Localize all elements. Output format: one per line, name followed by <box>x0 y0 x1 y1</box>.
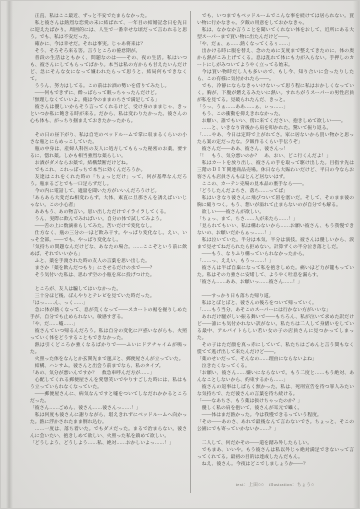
paragraph: 「お願い、彼さん……嫌いにならないで。もう二度と……もう絶対、あんなことしないか… <box>197 370 354 384</box>
paragraph: 私はカートを放り出し、彼さんの手を取って駆け出した。目指す先は三階のＤＩＹ関連商… <box>197 160 354 181</box>
page-gutter-shadow <box>6 1 13 508</box>
paragraph: 彼さんの返事はしばらく無かった。私は、死刑宣告を待つ罪人みたいな気持ちで、ただ彼… <box>197 384 354 398</box>
text-column-right: でも、いつまでもベッドルームでこんな事を続けては居られない。買い物に行かなきゃ。… <box>197 13 354 481</box>
credit-line: text：上田○○ illustration：ちょう○ <box>197 482 353 488</box>
paragraph: 彼さんだ――ああ、彼さん、彼さんっ！ <box>197 146 354 153</box>
paragraph: ねえ、彼さん。今夜はどこでしましょうか――？ <box>197 461 354 468</box>
paragraph: 「……もう当分、あそこのスーパーには行かない方がいいな」 <box>197 307 354 314</box>
paragraph: 私と彼さんは熱烈な恋愛の末に結ばれて、一年目の結婚記念日を先日に迎えたばかり。周… <box>30 20 187 41</box>
paragraph: 「無理しなくていいよ。俺は今のままのちさで満足してる」 <box>30 97 187 104</box>
paragraph: 「彼さん……ごめん、彼さん……彼さんっ……！」 <box>30 405 187 412</box>
paragraph: でも、冷静にならなきゃいけないって思う程に私はおかしくなっていく。胸が、下腹が燃… <box>197 83 354 104</box>
paragraph: 「！ もう、気分悪いのか？ あ、おい、どこ行くんだよ！」 <box>197 153 354 160</box>
paragraph: 「や、だぁ、ぁ……熱くなってくるぅ……」 <box>197 41 354 48</box>
paragraph: ……と、いきなり背後から肩を叩かれた。驚いて振り返る。 <box>197 125 354 132</box>
paragraph: 確かに、今は幸せだ。それは事実。じゃあ将来は？ <box>30 41 187 48</box>
paragraph: ――舌の上に数滴垂らしてみた。苦いだけで変化なし。 <box>30 223 187 230</box>
paragraph: 仕方なく、瓶の三分の一ほど飲み干す。やっぱり変化なし。えい、いっそ全部。――でも… <box>30 230 187 244</box>
paragraph: 彼さんは半ば自棄になって私を抱きしめた。痛いほど力が籠もっていた。私はその力強さ… <box>197 265 354 279</box>
paragraph <box>197 286 354 293</box>
paragraph: でもこれ、これっぽっちで本当に効くんだろうか。 <box>30 167 187 174</box>
paragraph: もう、この衝動を抑えきれなかった。 <box>197 111 354 118</box>
paragraph: でも、いつまでもベッドルームでこんな事を続けては居られない。買い物に行かなきゃ。… <box>197 13 354 27</box>
paragraph: 心配してくれる郵便屋さんを愛想笑いでやりすごした時には、私はもう立っていられなく… <box>30 377 187 391</box>
paragraph: ――すっかり日も落ちた帰り道。 <box>197 293 354 300</box>
paragraph: 私は何度も彼さんに謝りながら、堪えきれずにベッドルームへ向かった。熱に浮かされた… <box>30 412 187 426</box>
paragraph: 今の内に電話して、適量を聞いた方がいいんだろうけど。 <box>30 188 187 195</box>
paragraph: 「……やあ、今日は定時で上がれてさ。家に居ないから買い物かと思ったら案の定だった… <box>197 132 354 146</box>
paragraph <box>30 125 187 132</box>
paragraph: 「……っ、ええい、もうっ……！」 <box>197 258 354 265</box>
paragraph: 私はいきなり彼さんに飛びついて唇を塞いだ。そして、そのまま彼の胸に縋りつく。もう… <box>197 195 354 209</box>
paragraph: ――もう、なりふり構っていられなかったから。 <box>197 251 354 258</box>
paragraph: 欲しい――彼さんが欲しい。 <box>197 209 354 216</box>
text-column-left: 正直、私はここ最近、ずっと不安でたまらなかった。私と彼さんは熱烈な恋愛の末に結ば… <box>30 13 187 481</box>
paragraph: 私は、なかなか言うことを聞いてくれない体をおして、近所にある大型スーパーまで買い… <box>197 27 354 41</box>
paragraph: 「うっ、うぁ……ああ……ぁ、ぃっ……」 <box>197 104 354 111</box>
paragraph: 熱は引くどころか強くなるばかりで――ふいにドアチャイムが鳴った。 <box>30 342 187 356</box>
paragraph: まさか「薬を飲んだつもり」にさせるだけの水で――？ <box>30 265 187 272</box>
paragraph: 二人して、何だかその――道を踏み外したらしい。 <box>197 440 354 447</box>
paragraph: 私は泣いていた。半分は本気、半分は演技。彼さんは優しいから、涙まで見せてねだられ… <box>197 237 354 251</box>
paragraph: 「見られてもいい、私は構わないから……お願い彼さん、もう我慢できないの、お願いだ… <box>197 223 354 237</box>
paragraph: 瓶の中身は、産婦人科医の友人に処方してもらった秘密のお薬。要するに、惚れ薬。しか… <box>30 146 187 160</box>
paragraph: 「――なあちさ、もう薬は抜けちゃったのか？」 <box>197 398 354 405</box>
paragraph: 彼さんは優しいからそう言ってくれるけど、受け身のままじゃ、きっといつか私に飽きる… <box>30 104 187 125</box>
paragraph: 急に体が熱くなって、息が荒くなって――スカートの裾を握りしめた手が、自分でも止め… <box>30 307 187 321</box>
paragraph: うん、実際に飲んでみればいい。自分の体で試してみよう。 <box>30 216 187 223</box>
paragraph: お願い、誰でもいい、傍に来てください、抱きしめて欲しい――。 <box>197 118 354 125</box>
paragraph: 「彼さん……ああ、お願いっ……彼さん……！」 <box>197 279 354 286</box>
paragraph: 私はとぼとぼと、彼さんの後ろをついて帰っていく。 <box>197 300 354 307</box>
paragraph: 「どうしたんだよちさ、落ち……ってば」 <box>197 188 354 195</box>
paragraph: 「気持ちの問題なんだけどな、あなたの場合。……ここぞという前に飲めば、それでいい… <box>30 244 187 258</box>
paragraph: あれだけ騒がしい振る舞いで――もちろん、私が泣いて求めた訳だけど――誰にも気付か… <box>197 314 354 342</box>
paragraph: 「ちょっ、まて、ちさ……人が来たら……！」 <box>197 216 354 223</box>
paragraph: そう気付いた私は、思わず空の小瓶を床に投げつけた。 <box>30 272 187 279</box>
paragraph: 結構、ハンサム。彼さんと出会う前までなら、私のタイプ。 <box>30 363 187 370</box>
paragraph: 「どうしよう、どうしよう……私、絶対……おかしいよっ……！」 <box>30 440 187 447</box>
paragraph: ううん、努力はしてる。この前はお酒の勢いを借りてみたし。 <box>30 83 187 90</box>
paragraph: そう、そろそろ来る筈。言うところの倦怠期が。 <box>30 48 187 55</box>
paragraph: 「薬のせいだって、そんなの……理由にならないよね」 <box>197 356 354 363</box>
paragraph: 彼さんていつ帰るんだろう。私は自分の変化に戸惑いながらも、火照っていく体をどうす… <box>30 328 187 342</box>
paragraph: 今は買い物時だし人も多いので、もし今、知り合いに会ったりしたら、この有様に気付か… <box>197 69 354 83</box>
paragraph: ――郵便屋さんに、病気なんですと嘘をついてしなだれかかるところだった。 <box>30 391 187 405</box>
paragraph <box>197 433 354 440</box>
paragraph: 「はっ……ん、っく……」 <box>30 300 187 307</box>
paragraph: 三十分ほど後、ぼんやりとテレビを見ていた時だった。 <box>30 293 187 300</box>
paragraph: ああもう、あの物言い。思い出しただけでイライラしてくる。 <box>30 209 187 216</box>
paragraph: ――体はまだ熱かった。今は我慢できるっていう程度。 <box>197 412 354 419</box>
paragraph: 正直、私はここ最近、ずっと不安でたまらなかった。 <box>30 13 187 20</box>
paragraph: 友達はこれをくれた時の「ちょっとだけ」って、何が基準なんだろう。瓶まるごとでも一… <box>30 174 187 188</box>
paragraph: ……一度は、落ち着いた。でもダメだった。まるで治まらない。彼さんに会いたい、抱き… <box>30 426 187 440</box>
scanned-page: 正直、私はここ最近、ずっと不安でたまらなかった。私と彼さんは熱烈な恋愛の末に結ば… <box>0 0 360 509</box>
column-divider <box>190 11 191 493</box>
paragraph: その子はただ顔を真っ赤にしていて、私たちはごめんと言う間もなく慌てて逃げ出して来… <box>197 342 354 356</box>
paragraph: 「や、だ……嘘……」 <box>30 321 187 328</box>
paragraph: 普段の生活はともかく、問題なのは――その、夜の生活。私はいつも、彼さんにしてもら… <box>30 55 187 83</box>
paragraph <box>30 279 187 286</box>
paragraph: 火照った体をなんとか玄関先まで運ぶと、郵便屋さんが立っていた。 <box>30 356 187 363</box>
paragraph: ところが、友人は騙してはいなかった。 <box>30 286 187 293</box>
paragraph: その日の昼下がり、私は自宅のベッドルームで掌に収まるくらいの小さな瓶とにらめっこ… <box>30 132 187 146</box>
paragraph: 優しく私の肩を抱いて、彼さんが耳元で囁く。 <box>197 405 354 412</box>
paragraph: 泣きたくなってくる。 <box>197 363 354 370</box>
paragraph: お酒がダメならお薬で。結構禁断だけどね。 <box>30 160 187 167</box>
paragraph: 「あらあら大変だね相変わらず。大体、素直に旦那さんを誘えばいいじゃない。この小心… <box>30 195 187 209</box>
paragraph: ふと、薬を手渡された時の友人の言葉を思い出した。 <box>30 258 187 265</box>
paragraph: ――何もできずに、酔っぱらって眠っちゃったんだけど。 <box>30 90 187 97</box>
paragraph: 「あの、気分が悪いんですか？ 救急車呼んだ方が……」 <box>30 370 187 377</box>
paragraph: 出かける時に服を替え、念のために支度まで整えてきたのに、体の奥から熱がこみ上げて… <box>197 48 354 69</box>
paragraph: ここの、カーテン売場の見本品の裏手なら――。 <box>197 181 354 188</box>
paragraph: 「その――あのさ、あれで最後なんて言わないでさ。ちょっと、そこの公園にでも寄って… <box>197 419 354 433</box>
paragraph: でもまあ、いいや。もう彼さんは私以外じゃ絶対満足できないって言ってくれてる。最初… <box>197 447 354 461</box>
